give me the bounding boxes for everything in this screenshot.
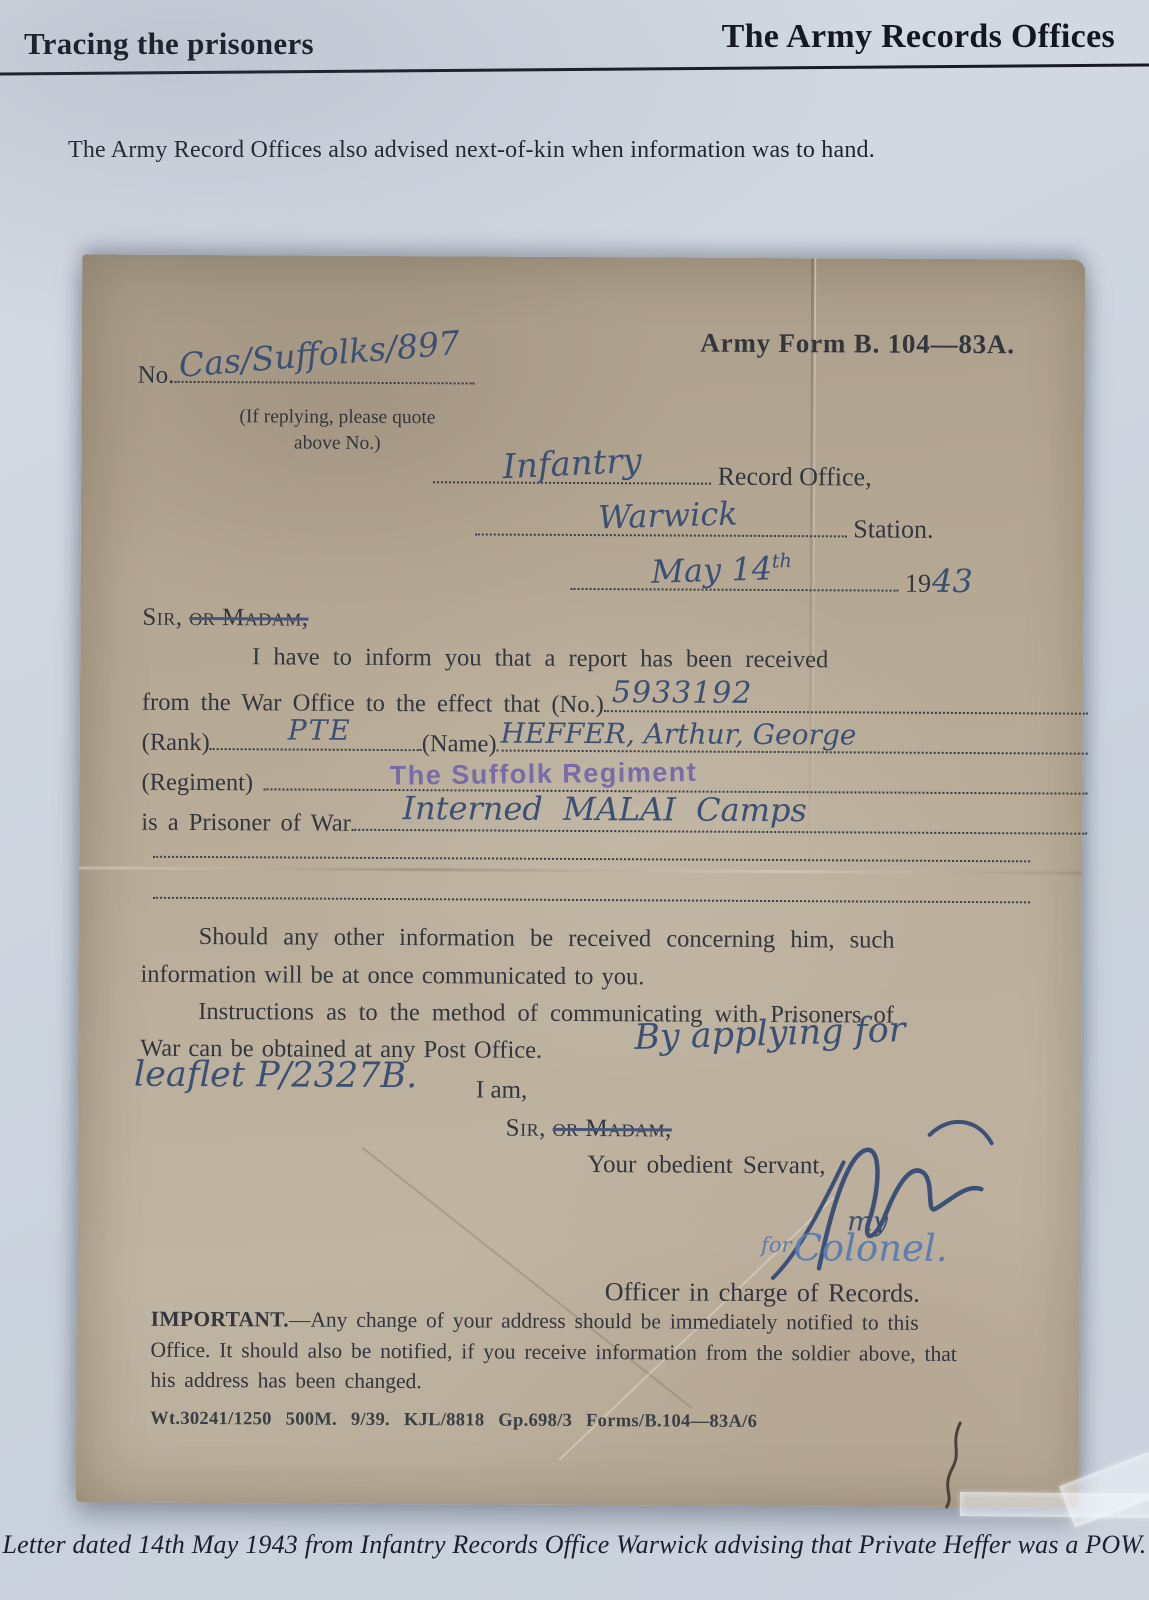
officer-in-charge-line: Officer in charge of Records. (605, 1277, 920, 1309)
replying-note: (If replying, please quote above No.) (169, 404, 505, 458)
record-office-line: Infantry Record Office, (433, 455, 872, 492)
important-paragraph: IMPORTANT.—Any change of your address sh… (150, 1304, 1022, 1400)
date-line: May 14th 1943 (570, 560, 972, 600)
struck-or-madam-closing: or Madam, (553, 1115, 672, 1143)
name-label: (Name) (422, 730, 497, 758)
important-label: IMPORTANT. (151, 1307, 289, 1332)
rank-field: PTE (210, 723, 422, 751)
body-line-1: I have to inform you that a report has b… (252, 643, 828, 674)
page-header-right: The Army Records Offices (722, 18, 1115, 56)
reference-number-value: Cas/Suffolks/897 (177, 323, 461, 385)
regiment-stamp: The Suffolk Regiment (390, 756, 698, 791)
info-paragraph-line-2: information will be at once communicated… (140, 961, 644, 992)
rank-name-line: (Rank) PTE (Name) HEFFER, Arthur, George (142, 723, 1088, 761)
handwritten-note-line-2: leaflet P/2327B. (134, 1055, 417, 1096)
station-value: Warwick (598, 494, 738, 536)
fold-crease-horizontal (79, 866, 1082, 874)
handwritten-note-line-1: By applying for (634, 1010, 906, 1058)
date-ordinal: th (771, 549, 792, 573)
info-paragraph-line-1: Should any other information be received… (199, 923, 895, 955)
year-written: 43 (932, 562, 973, 600)
regiment-label: (Regiment) (141, 768, 253, 797)
year-printed: 19 (905, 569, 931, 598)
rank-label: (Rank) (142, 728, 210, 756)
rank-value: PTE (288, 713, 352, 746)
album-page: Tracing the prisoners The Army Records O… (0, 0, 1149, 1600)
pow-field: Interned MALAI Camps (351, 804, 1088, 834)
signature-rank: forColonel. (761, 1226, 948, 1270)
body-line-2: from the War Office to the effect that (… (142, 688, 604, 718)
no-label: No. (138, 362, 175, 389)
header-rule (0, 63, 1149, 75)
service-number-line: from the War Office to the effect that (… (142, 683, 1088, 721)
station-label: Station. (853, 514, 933, 543)
pow-label: is a Prisoner of War (141, 808, 351, 837)
ruled-line (153, 897, 1030, 904)
station-line: Warwick Station. (475, 507, 934, 544)
date-value: May 14th (651, 549, 793, 591)
print-codes: Wt.30241/1250 500M. 9/39. KJL/8818 Gp.69… (150, 1409, 757, 1433)
office-field: Infantry (433, 455, 711, 484)
reference-number-field: Cas/Suffolks/897 (174, 356, 474, 385)
intro-text: The Army Record Offices also advised nex… (68, 137, 875, 164)
form-number: Army Form B. 104—83A. (700, 328, 1015, 361)
station-field: Warwick (475, 507, 847, 537)
office-value: Infantry (502, 441, 643, 488)
service-number-field: 5933192 (604, 685, 1088, 714)
page-header-left: Tracing the prisoners (24, 26, 314, 62)
reference-number-line: No.Cas/Suffolks/897 (138, 356, 475, 392)
name-field: HEFFER, Arthur, George (497, 725, 1088, 755)
ruled-line (153, 856, 1030, 863)
date-field: May 14th (571, 562, 899, 592)
i-am-line: I am, (476, 1076, 528, 1104)
service-number-value: 5933192 (612, 675, 753, 711)
caption: Letter dated 14th May 1943 from Infantry… (0, 1530, 1149, 1560)
name-value: HEFFER, Arthur, George (501, 716, 857, 751)
office-label: Record Office, (718, 462, 872, 492)
letter-paper: Army Form B. 104—83A. No.Cas/Suffolks/89… (76, 254, 1086, 1507)
salutation: Sir, or Madam, (142, 604, 308, 633)
pow-line: is a Prisoner of War Interned MALAI Camp… (141, 803, 1087, 841)
closing-salutation: Sir, or Madam, (506, 1115, 672, 1144)
struck-or-madam: or Madam, (189, 604, 308, 632)
pow-value: Interned MALAI Camps (402, 789, 807, 829)
signature-pre: for (761, 1233, 792, 1257)
